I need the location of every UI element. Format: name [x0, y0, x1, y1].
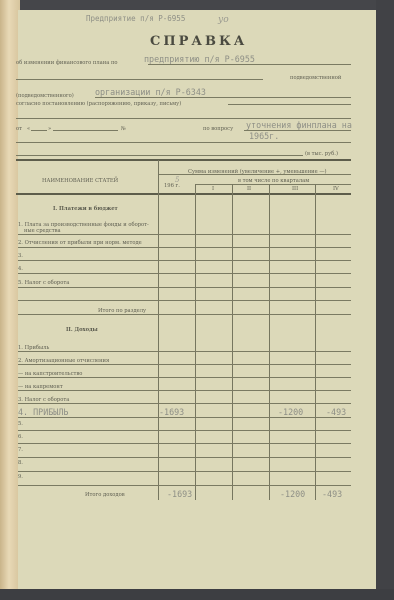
- section2-row11-label: 9.: [18, 474, 23, 480]
- col-header-q3: III: [292, 186, 298, 192]
- binding-spine: [0, 0, 20, 600]
- header-bottom-rule: [16, 193, 351, 195]
- col-divider-q3: [269, 184, 270, 500]
- section1-row5-label: 5. Налог с оборота: [18, 280, 69, 286]
- section1-row3-label: 3.: [18, 253, 23, 259]
- table-row-rule: [18, 234, 351, 235]
- handwritten-mark: уо: [218, 15, 229, 25]
- number-label: №: [121, 126, 126, 132]
- table-row-rule: [18, 485, 351, 486]
- table-row-rule: [18, 457, 351, 458]
- col-header-year-digit: 5: [175, 176, 179, 184]
- section2-row6-q4: -493: [326, 407, 346, 417]
- section2-total-label: Итого доходов: [85, 492, 125, 498]
- col-header-q1: I: [212, 186, 214, 192]
- date-quote: «: [27, 126, 30, 132]
- question-value-2: 1965г.: [249, 131, 279, 141]
- section1-heading: I. Платежи в бюджет: [53, 206, 118, 212]
- section2-row6-year: -1693: [159, 407, 184, 417]
- date-from-label: от: [16, 126, 22, 132]
- section2-heading: II. Доходы: [66, 327, 98, 333]
- section2-total-year: -1693: [167, 489, 192, 499]
- section1-row2-label: 2. Отчисления от прибыли при норм. метод…: [18, 240, 142, 246]
- date-day-underline: [31, 130, 47, 131]
- section2-row9-label: 7.: [18, 447, 23, 453]
- section2-total-q4: -493: [322, 489, 342, 499]
- header-divider-1: [158, 174, 351, 175]
- date-quote-close: »: [48, 126, 51, 132]
- header-typed-org: Предприятие п/я Р-6955: [86, 14, 185, 23]
- table-row-rule: [18, 364, 351, 365]
- section2-row7-label: 5.: [18, 421, 23, 427]
- table-row-rule: [18, 287, 351, 288]
- section2-total-q3: -1200: [280, 489, 305, 499]
- table-row-rule: [18, 260, 351, 261]
- page-title: СПРАВКА: [150, 34, 247, 49]
- scan-bottom-edge: [0, 589, 394, 600]
- date-month-underline: [53, 130, 118, 131]
- line1-value: предприятию п/я Р-6955: [144, 54, 255, 64]
- col-header-q4: IV: [333, 186, 339, 192]
- section1-total-rule: [18, 314, 351, 315]
- table-row-rule: [18, 443, 351, 444]
- line4-label: согласно постановлению (распоряжению, пр…: [16, 101, 181, 107]
- table-row-rule: [18, 300, 351, 301]
- line3-underline: [95, 97, 351, 98]
- col-divider-year: [158, 160, 159, 500]
- section2-row8-label: 6.: [18, 434, 23, 440]
- header-divider-2: [196, 184, 351, 185]
- scan-top-edge: [0, 0, 394, 10]
- table-row-rule: [18, 247, 351, 248]
- table-row-rule: [18, 377, 351, 378]
- table-row-rule: [18, 430, 351, 431]
- line6-underline: [16, 155, 303, 156]
- col-divider-q4: [315, 184, 316, 500]
- col-divider-q1: [195, 184, 196, 500]
- line3-value: организации п/я Р-6343: [95, 87, 206, 97]
- line4b-underline: [16, 118, 351, 119]
- table-row-rule: [18, 403, 351, 404]
- col-divider-q2: [232, 184, 233, 500]
- line2-underline: [16, 79, 263, 80]
- line4-underline: [228, 104, 351, 105]
- line2-right-label: подведомственной: [290, 75, 341, 81]
- question-label: по вопросу: [203, 126, 233, 132]
- question-value-1: уточнения финплана на: [246, 120, 352, 130]
- section1-row4-label: 4.: [18, 266, 23, 272]
- section2-row6-q3: -1200: [278, 407, 303, 417]
- table-row-rule: [18, 417, 351, 418]
- line1-label: об изменении финансового плана по: [16, 60, 118, 66]
- col-header-q2: II: [247, 186, 251, 192]
- units-label: (в тыс. руб.): [305, 151, 338, 157]
- table-row-rule: [18, 273, 351, 274]
- section2-row6-label: 4. ПРИБЫЛЬ: [18, 407, 68, 417]
- table-row-rule: [18, 390, 351, 391]
- scan-right-edge: [376, 0, 394, 600]
- line5b-underline: [16, 142, 351, 143]
- line1-underline: [148, 64, 351, 65]
- col-header-name: НАИМЕНОВАНИЕ СТАТЕЙ: [42, 178, 118, 184]
- table-top-rule: [16, 159, 351, 161]
- table-row-rule: [18, 351, 351, 352]
- table-row-rule: [18, 471, 351, 472]
- section2-row10-label: 8.: [18, 460, 23, 466]
- line3-label: (подведомственного): [16, 93, 74, 99]
